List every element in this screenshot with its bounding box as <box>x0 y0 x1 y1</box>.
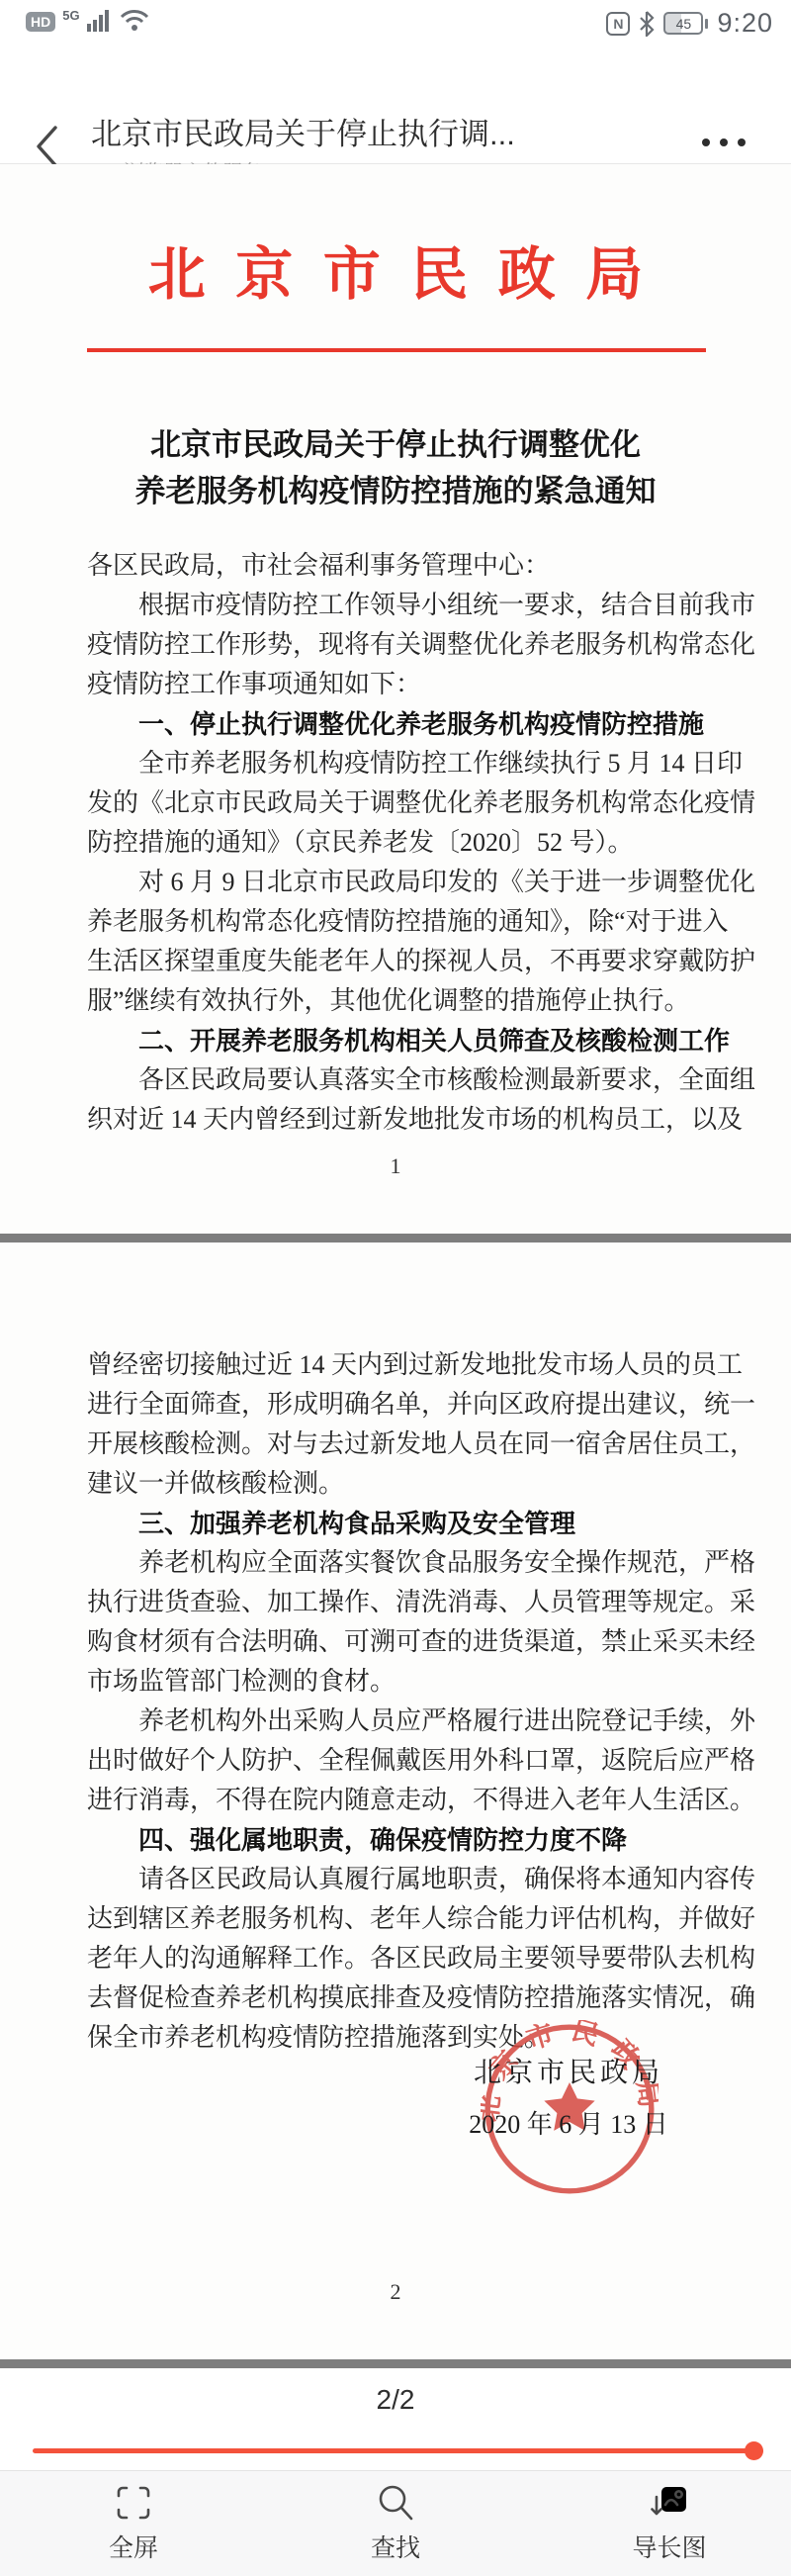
doc-line: 市场监管部门检测的食材。 <box>87 1662 708 1702</box>
doc-line: 疫情防控工作事项通知如下： <box>87 665 708 704</box>
doc-line: 曾经密切接触过近 14 天内到过新发地批发市场人员的员工 <box>87 1345 708 1385</box>
find-label: 查找 <box>371 2529 420 2564</box>
export-long-image-button[interactable]: 导长图 <box>590 2483 748 2564</box>
search-icon <box>376 2483 415 2523</box>
more-menu-button[interactable] <box>702 138 746 146</box>
doc-line: 开展核酸检测。对与去过新发地人员在同一宿舍居住员工， <box>87 1425 708 1464</box>
battery-icon: 45 <box>663 12 703 35</box>
clock: 9:20 <box>717 8 773 39</box>
export-long-image-label: 导长图 <box>632 2529 706 2564</box>
progress-slider[interactable] <box>33 2441 763 2459</box>
doc-line: 各区民政局要认真落实全市核酸检测最新要求，全面组 <box>87 1060 708 1100</box>
doc-line: 二、开展养老服务机构相关人员筛查及核酸检测工作 <box>87 1021 708 1060</box>
doc-line: 四、强化属地职责，确保疫情防控力度不降 <box>87 1820 708 1860</box>
ellipsis-icon <box>702 138 710 146</box>
nfc-icon: N <box>606 12 630 36</box>
battery-indicator: 45 <box>663 12 708 35</box>
fullscreen-icon <box>114 2483 153 2523</box>
export-long-image-icon <box>650 2483 689 2523</box>
network-type-label: 5G <box>62 9 79 22</box>
doc-line: 服”继续有效执行外，其他优化调整的措施停止执行。 <box>87 981 708 1021</box>
nav-bar: 北京市民政局关于停止执行调... QQ浏览器文件服务 <box>0 47 791 164</box>
page-title: 北京市民政局关于停止执行调... <box>91 109 684 153</box>
page-number: 1 <box>0 1153 791 1179</box>
back-button[interactable] <box>36 125 59 168</box>
doc-line: 建议一并做核酸检测。 <box>87 1464 708 1504</box>
document-page-2[interactable]: 曾经密切接触过近 14 天内到过新发地批发市场人员的员工进行全面筛查，形成明确名… <box>0 1242 791 2359</box>
signature-block: 北京市民政局 2020 年 6 月 13 日 <box>415 2054 722 2145</box>
document-page-1[interactable]: 北 京 市 民 政 局 北京市民政局关于停止执行调整优化 养老服务机构疫情防控措… <box>0 164 791 1234</box>
doc-line: 老年人的沟通解释工作。各区民政局主要领导要带队去机构 <box>87 1939 708 1978</box>
signature-date: 2020 年 6 月 13 日 <box>415 2105 722 2145</box>
letterhead-rule <box>87 348 706 352</box>
doc-line: 养老服务机构常态化疫情防控措施的通知》，除“对于进入 <box>87 902 708 942</box>
bluetooth-icon <box>639 11 655 37</box>
doc-line: 根据市疫情防控工作领导小组统一要求，结合目前我市 <box>87 586 708 625</box>
doc-line: 全市养老服务机构疫情防控工作继续执行 5 月 14 日印 <box>87 744 708 783</box>
doc-line: 出时做好个人防护、全程佩戴医用外科口罩，返院后应严格 <box>87 1741 708 1781</box>
doc-line: 织对近 14 天内曾经到过新发地批发市场的机构员工，以及 <box>87 1100 708 1140</box>
doc-line: 养老机构外出采购人员应严格履行进出院登记手续，外 <box>87 1702 708 1741</box>
back-chevron-icon <box>36 125 59 168</box>
doc-line: 对 6 月 9 日北京市民政局印发的《关于进一步调整优化 <box>87 863 708 902</box>
doc-line: 一、停止执行调整优化养老服务机构疫情防控措施 <box>87 704 708 744</box>
signature-name: 北京市民政局 <box>415 2054 722 2093</box>
fullscreen-button[interactable]: 全屏 <box>54 2483 213 2564</box>
status-bar: HD 5G N 45 9:20 <box>0 0 791 47</box>
doc-line: 进行全面筛查，形成明确名单，并向区政府提出建议，统一 <box>87 1385 708 1425</box>
signal-bars-icon <box>87 8 113 32</box>
doc-line: 执行进货查验、加工操作、清洗消毒、人员管理等规定。采 <box>87 1583 708 1622</box>
doc-line: 各区民政局，市社会福利事务管理中心： <box>87 546 708 586</box>
document-body-page2: 曾经密切接触过近 14 天内到过新发地批发市场人员的员工进行全面筛查，形成明确名… <box>87 1345 708 2058</box>
doc-line: 防控措施的通知》（京民养老发〔2020〕52 号）。 <box>87 823 708 863</box>
doc-line: 疫情防控工作形势，现将有关调整优化养老服务机构常态化 <box>87 625 708 665</box>
page-indicator: 2/2 <box>0 2384 791 2416</box>
page-number: 2 <box>0 2279 791 2305</box>
letterhead-title: 北 京 市 民 政 局 <box>0 237 791 313</box>
doc-line: 去督促检查养老机构摸底排查及疫情防控措施落实情况，确 <box>87 1978 708 2018</box>
document-body-page1: 各区民政局，市社会福利事务管理中心：根据市疫情防控工作领导小组统一要求，结合目前… <box>87 546 708 1140</box>
wifi-icon <box>120 8 149 32</box>
fullscreen-label: 全屏 <box>109 2529 158 2564</box>
slider-track <box>33 2448 763 2453</box>
slider-handle[interactable] <box>745 2441 763 2460</box>
bottom-toolbar: 全屏 查找 导长图 <box>0 2470 791 2576</box>
doc-line: 养老机构应全面落实餐饮食品服务安全操作规范，严格 <box>87 1543 708 1583</box>
doc-line: 请各区民政局认真履行属地职责，确保将本通知内容传 <box>87 1860 708 1899</box>
page-separator <box>0 2359 791 2368</box>
document-title: 北京市民政局关于停止执行调整优化 养老服务机构疫情防控措施的紧急通知 <box>0 421 791 514</box>
page-separator <box>0 1234 791 1242</box>
doc-line: 发的《北京市民政局关于调整优化养老服务机构常态化疫情 <box>87 783 708 823</box>
doc-line: 三、加强养老机构食品采购及安全管理 <box>87 1504 708 1543</box>
find-button[interactable]: 查找 <box>316 2483 475 2564</box>
doc-line: 进行消毒，不得在院内随意走动，不得进入老年人生活区。 <box>87 1781 708 1820</box>
pager-strip: 2/2 <box>0 2368 791 2470</box>
doc-line: 生活区探望重度失能老年人的探视人员，不再要求穿戴防护 <box>87 942 708 981</box>
doc-line: 达到辖区养老服务机构、老年人综合能力评估机构，并做好 <box>87 1899 708 1939</box>
phone-screen: HD 5G N 45 9:20 <box>0 0 791 2576</box>
doc-line: 购食材须有合法明确、可溯可查的进货渠道，禁止采买未经 <box>87 1622 708 1662</box>
hd-badge: HD <box>26 12 55 32</box>
